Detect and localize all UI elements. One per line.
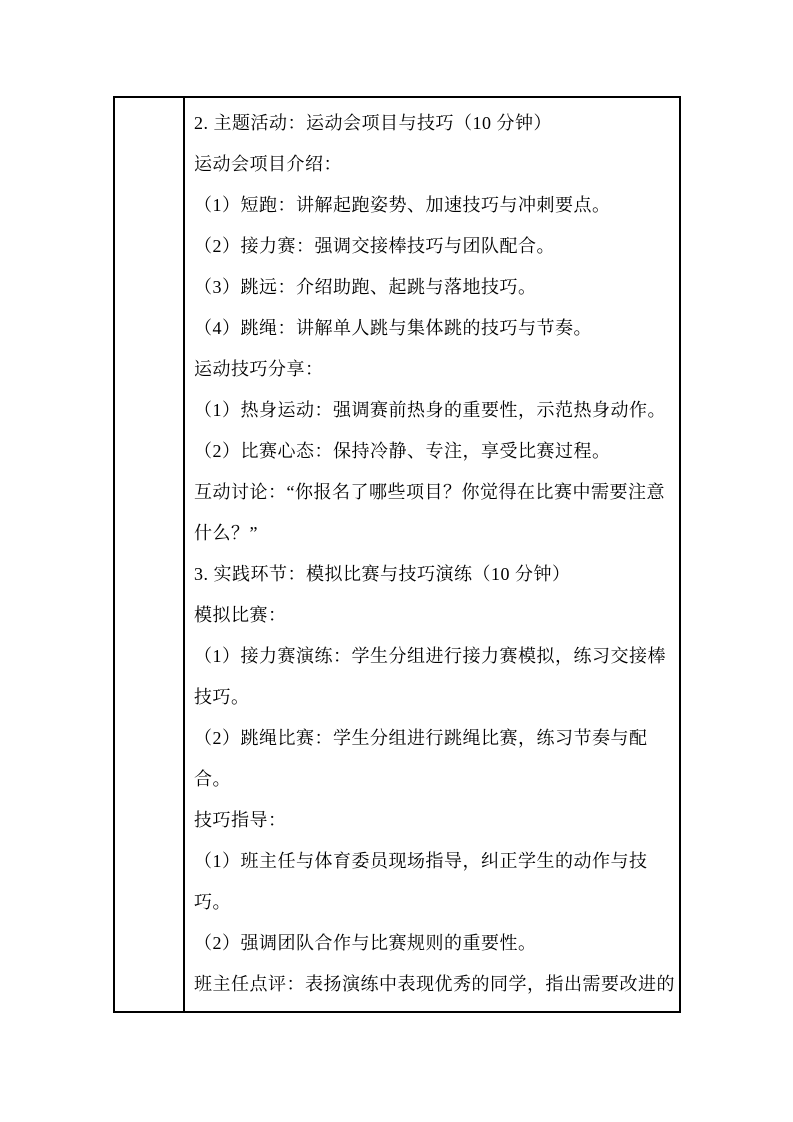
paragraph: （1）短跑：讲解起跑姿势、加速技巧与冲刺要点。: [194, 185, 677, 226]
paragraph: （3）跳远：介绍助跑、起跳与落地技巧。: [194, 267, 677, 308]
paragraph: （2）接力赛：强调交接棒技巧与团队配合。: [194, 226, 677, 267]
paragraph: （2）强调团队合作与比赛规则的重要性。: [194, 923, 677, 964]
paragraph: （1）热身运动：强调赛前热身的重要性，示范热身动作。: [194, 390, 677, 431]
lesson-plan-table: 2. 主题活动：运动会项目与技巧（10 分钟）运动会项目介绍：（1）短跑：讲解起…: [113, 96, 681, 1013]
paragraph: 班主任点评：表扬演练中表现优秀的同学，指出需要改进的 地方。: [194, 964, 677, 1011]
paragraph: （1）接力赛演练：学生分组进行接力赛模拟，练习交接棒 技巧。: [194, 636, 677, 718]
table-cell-left-empty: [115, 98, 185, 1011]
paragraph: 技巧指导：: [194, 800, 677, 841]
paragraph: （4）跳绳：讲解单人跳与集体跳的技巧与节奏。: [194, 308, 677, 349]
paragraph: 模拟比赛：: [194, 595, 677, 636]
paragraph: （1）班主任与体育委员现场指导，纠正学生的动作与技巧。: [194, 841, 677, 923]
document-page: 2. 主题活动：运动会项目与技巧（10 分钟）运动会项目介绍：（1）短跑：讲解起…: [0, 0, 793, 1122]
table-cell-content: 2. 主题活动：运动会项目与技巧（10 分钟）运动会项目介绍：（1）短跑：讲解起…: [185, 98, 679, 1011]
paragraph: 运动技巧分享：: [194, 349, 677, 390]
paragraph: 运动会项目介绍：: [194, 144, 677, 185]
paragraph: （2）跳绳比赛：学生分组进行跳绳比赛，练习节奏与配合。: [194, 718, 677, 800]
paragraph: 互动讨论：“你报名了哪些项目？你觉得在比赛中需要注意 什么？”: [194, 472, 677, 554]
paragraph: （2）比赛心态：保持冷静、专注，享受比赛过程。: [194, 431, 677, 472]
paragraph: 3. 实践环节：模拟比赛与技巧演练（10 分钟）: [194, 554, 677, 595]
paragraph: 2. 主题活动：运动会项目与技巧（10 分钟）: [194, 103, 677, 144]
